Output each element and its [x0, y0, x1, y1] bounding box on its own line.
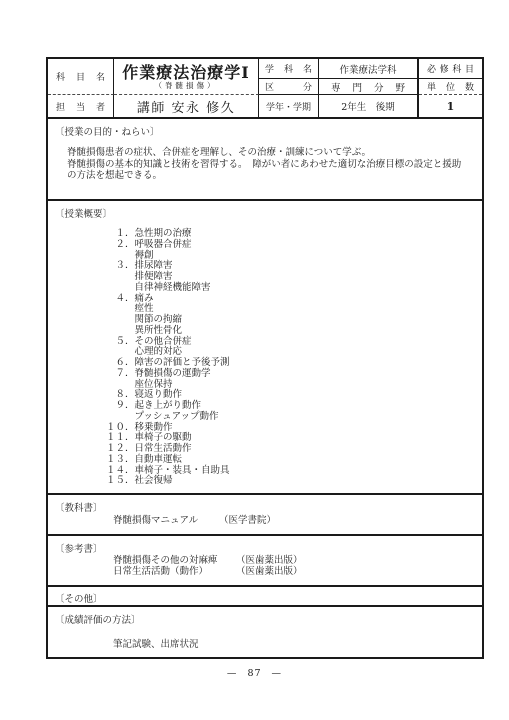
category-value-cell: 専門分野 [319, 79, 419, 95]
syllabus-page: 科目名 作業療法治療学Ⅰ （脊髄損傷） 学科名 作業療法学科 必修科目 区分 専… [0, 0, 509, 720]
book-publisher: （医歯薬出版） [236, 566, 303, 577]
textbook-label: 〔教科書〕 [55, 500, 482, 514]
textbook-row: 脊髄損傷マニュアル （医学書院） [113, 516, 482, 527]
credits-label: 単位数 [419, 80, 482, 93]
book-title: 日常生活活動（動作） [113, 567, 233, 578]
overview-item: 異所性骨化 [106, 326, 482, 337]
book-publisher: （医学書院） [219, 515, 276, 526]
grading-section: 〔成績評価の方法〕 筆記試験、出席状況 [48, 605, 482, 657]
purpose-section: 〔授業の目的・ねらい〕 脊髄損傷患者の症状、合併症を理解し、その治療・訓練につい… [48, 117, 482, 199]
syllabus-table: 科目名 作業療法治療学Ⅰ （脊髄損傷） 学科名 作業療法学科 必修科目 区分 専… [46, 57, 484, 659]
purpose-text: 脊髄損傷患者の症状、合併症を理解し、その治療・訓練について学ぶ。 脊髄損傷の基本… [67, 147, 468, 182]
overview-item: ２．呼吸器合併症 [106, 240, 482, 251]
department-label: 学科名 [259, 62, 318, 75]
term-label-cell: 学年・学期 [259, 95, 319, 117]
department-value: 作業療法学科 [339, 62, 396, 76]
overview-item: １５．社会復帰 [106, 476, 482, 487]
course-title-cell: 作業療法治療学Ⅰ （脊髄損傷） [114, 59, 259, 95]
subject-label: 科目名 [48, 70, 113, 83]
credits-value: 1 [447, 100, 455, 113]
purpose-line: 脊髄損傷患者の症状、合併症を理解し、その治療・訓練について学ぶ。 [67, 147, 468, 159]
term-label: 学年・学期 [266, 100, 311, 113]
grading-content: 筆記試験、出席状況 [113, 636, 482, 650]
book-title: 脊髄損傷その他の対麻痺 [113, 556, 233, 567]
instructor-cell: 講師 安永 修久 [114, 95, 259, 117]
reference-row: 日常生活活動（動作） （医歯薬出版） [113, 567, 482, 578]
book-publisher: （医歯薬出版） [236, 555, 303, 566]
overview-item: ４．痛み [106, 294, 482, 305]
purpose-label: 〔授業の目的・ねらい〕 [55, 124, 482, 138]
overview-item: 自律神経機能障害 [106, 283, 482, 294]
overview-list: １．急性期の治療 ２．呼吸器合併症 褥創 ３．排尿障害 排便障害 自律神経機能障… [106, 229, 482, 487]
category-label: 区分 [259, 80, 318, 93]
overview-item: プッシュアップ動作 [106, 412, 482, 423]
category-value: 専門分野 [319, 80, 417, 94]
category-label-cell: 区分 [259, 79, 319, 95]
required-course-cell: 必修科目 [419, 59, 482, 79]
overview-item: １３．自動車運転 [106, 455, 482, 466]
overview-section: 〔授業概要〕 １．急性期の治療 ２．呼吸器合併症 褥創 ３．排尿障害 排便障害 … [48, 199, 482, 493]
instructor-label-cell: 担当者 [48, 95, 114, 117]
other-section: 〔その他〕 [48, 585, 482, 605]
department-value-cell: 作業療法学科 [319, 59, 419, 79]
overview-item: ７．脊髄損傷の運動学 [106, 369, 482, 380]
grading-label: 〔成績評価の方法〕 [55, 612, 482, 626]
required-course-label: 必修科目 [419, 62, 482, 75]
course-title: 作業療法治療学Ⅰ [122, 64, 250, 81]
overview-label: 〔授業概要〕 [55, 206, 482, 220]
purpose-line: 脊髄損傷の基本的知識と技術を習得する。 障がい者にあわせた適切な治療目標の設定と… [67, 159, 468, 171]
credits-label-cell: 単位数 [419, 79, 482, 95]
purpose-line: の方法を想起できる。 [67, 170, 468, 182]
header-table: 科目名 作業療法治療学Ⅰ （脊髄損傷） 学科名 作業療法学科 必修科目 区分 専… [48, 59, 482, 117]
term-value: 2年生 後期 [341, 99, 395, 113]
instructor-label: 担当者 [48, 100, 113, 113]
textbook-section: 〔教科書〕 脊髄損傷マニュアル （医学書院） [48, 493, 482, 534]
term-value-cell: 2年生 後期 [319, 95, 419, 117]
reference-label: 〔参考書〕 [55, 541, 482, 555]
reference-section: 〔参考書〕 脊髄損傷その他の対麻痺 （医歯薬出版） 日常生活活動（動作） （医歯… [48, 534, 482, 585]
credits-value-cell: 1 [419, 95, 482, 117]
book-title: 脊髄損傷マニュアル [113, 516, 216, 527]
page-number: — 87 — [0, 668, 509, 679]
other-label: 〔その他〕 [55, 591, 482, 605]
instructor-name: 講師 安永 修久 [137, 97, 235, 116]
course-subtitle: （脊髄損傷） [155, 81, 218, 90]
subject-label-cell: 科目名 [48, 59, 114, 95]
department-label-cell: 学科名 [259, 59, 319, 79]
